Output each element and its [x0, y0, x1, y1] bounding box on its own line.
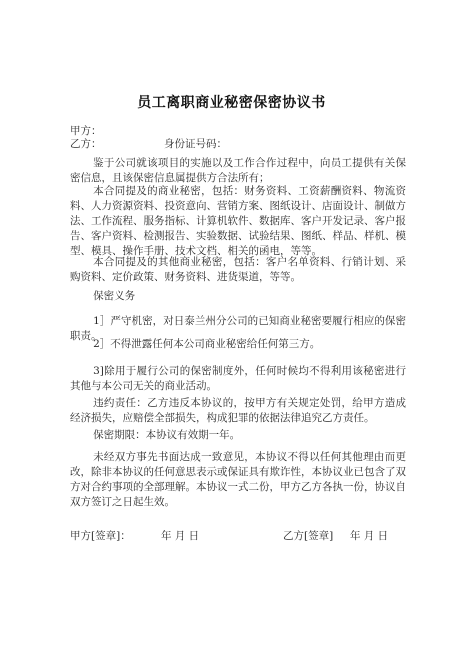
party-a-date: 年 月 日 — [161, 529, 199, 543]
party-a-signature: 甲方[签章]： — [70, 529, 131, 543]
id-number-label: 身份证号码： — [164, 137, 227, 151]
party-b-date: 年 月 日 — [350, 529, 388, 543]
term-paragraph: 保密期限：本协议有效期一年。 — [70, 428, 406, 443]
party-b-label: 乙方： — [70, 137, 102, 151]
document-title: 员工离职商业秘密保密协议书 — [0, 92, 463, 112]
party-a-label: 甲方： — [70, 124, 102, 138]
trade-secrets-paragraph: 本合同提及的商业秘密，包括：财务资料、工资薪酬资料、物流资料、人力资源资料、投资… — [70, 184, 406, 259]
intro-paragraph: 鉴于公司就该项目的实施以及工作合作过程中，向员工提供有关保密信息，且该保密信息属… — [70, 156, 406, 186]
other-secrets-paragraph: 本合同提及的其他商业秘密，包括：客户名单资料、行销计划、采购资料、定价政策、财务… — [70, 255, 406, 285]
liability-paragraph: 违约责任：乙方违反本协议的，按甲方有关规定处罚，给甲方造成经济损失，应赔偿全部损… — [70, 396, 406, 426]
obligation-2: 2］不得泄露任何本公司商业秘密给任何第三方。 — [70, 337, 406, 352]
confidentiality-heading: 保密义务 — [70, 289, 406, 304]
obligation-3: 3]除用于履行公司的保密制度外，任何时候均不得利用该秘密进行其他与本公司无关的商… — [70, 364, 406, 394]
party-b-signature: 乙方[签章] — [283, 529, 333, 543]
agreement-paragraph: 未经双方事先书面达成一致意见，本协议不得以任何其他理由而更改，除非本协议的任何意… — [70, 450, 406, 510]
